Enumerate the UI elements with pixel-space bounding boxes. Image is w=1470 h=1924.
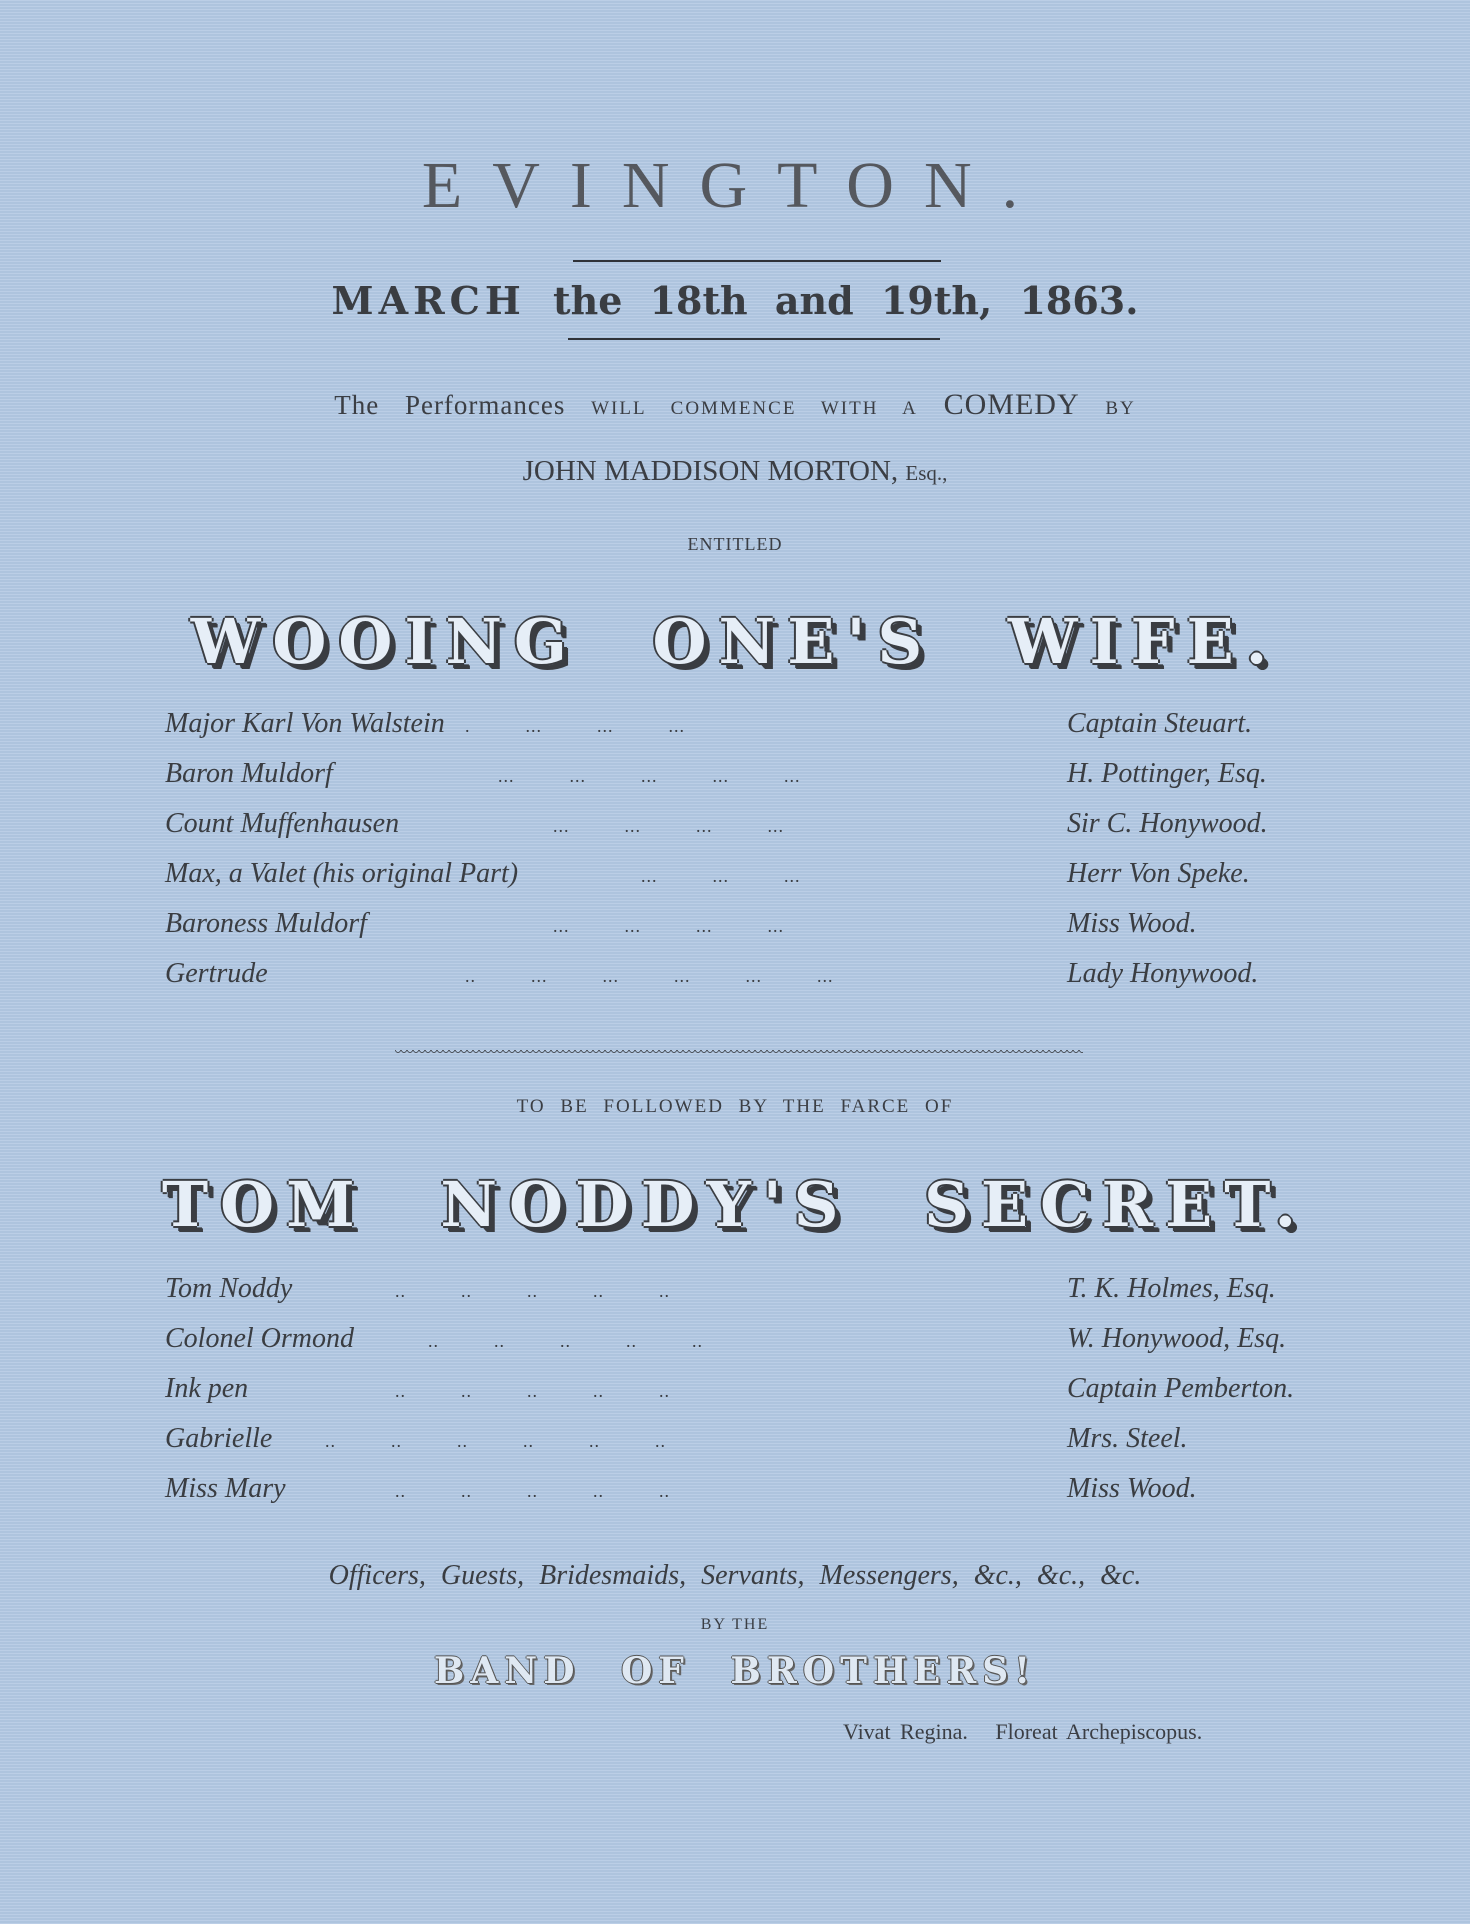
leader-dots: .. .. .. .. .. xyxy=(395,1381,1125,1402)
date-month: MARCH xyxy=(332,278,526,323)
cast-role: Baroness Muldorf xyxy=(165,908,367,940)
leader-dots: .. .. .. .. .. xyxy=(395,1331,1125,1352)
farce-title: TOM NODDY'S SECRET. xyxy=(0,1168,1470,1241)
cast-actor: Sir C. Honywood. xyxy=(1067,808,1268,840)
entitled-label: ENTITLED xyxy=(0,534,1470,555)
intro-by: by xyxy=(1105,398,1135,419)
cast-role: Tom Noddy xyxy=(165,1273,292,1305)
cast-role: Miss Mary xyxy=(165,1473,286,1505)
cast-actor: Lady Honywood. xyxy=(1067,958,1258,990)
supporting-cast: Officers, Guests, Bridesmaids, Servants,… xyxy=(0,1560,1470,1592)
wavy-divider xyxy=(395,1050,1083,1056)
cast-row: Major Karl Von Walstein . ... ... ... Ca… xyxy=(165,708,1345,748)
comedy-word: COMEDY xyxy=(944,388,1080,421)
divider-rule xyxy=(573,260,941,262)
author-line: JOHN MADDISON MORTON, Esq., xyxy=(0,455,1470,488)
cast-actor: Captain Steuart. xyxy=(1067,708,1252,740)
cast-row: Tom Noddy .. .. .. .. .. T. K. Holmes, E… xyxy=(165,1273,1345,1313)
cast-role: Gabrielle xyxy=(165,1423,272,1455)
motto-regina: Vivat Regina. xyxy=(843,1719,968,1744)
cast-row: Gertrude .. ... ... ... ... ... Lady Hon… xyxy=(165,958,1345,998)
cast-actor: Miss Wood. xyxy=(1067,1473,1197,1505)
cast-row: Colonel Ormond .. .. .. .. .. W. Honywoo… xyxy=(165,1323,1345,1363)
cast-actor: T. K. Holmes, Esq. xyxy=(1067,1273,1276,1305)
cast-role: Count Muffenhausen xyxy=(165,808,399,840)
cast-role: Ink pen xyxy=(165,1373,248,1405)
farce-intro: TO BE FOLLOWED BY THE FARCE OF xyxy=(0,1096,1470,1118)
cast-row: Miss Mary .. .. .. .. .. Miss Wood. xyxy=(165,1473,1345,1513)
intro-word: Performances xyxy=(405,390,565,420)
divider-rule xyxy=(568,338,940,340)
cast-role: Baron Muldorf xyxy=(165,758,333,790)
closing-motto: Vivat Regina. Floreat Archepiscopus. xyxy=(843,1719,1202,1745)
intro-smallcaps: will commence with a xyxy=(591,398,918,419)
cast-role: Colonel Ormond xyxy=(165,1323,354,1355)
cast-actor: H. Pottinger, Esq. xyxy=(1067,758,1267,790)
intro-line: The Performances will commence with a CO… xyxy=(0,388,1470,422)
cast-row: Baroness Muldorf ... ... ... ... Miss Wo… xyxy=(165,908,1345,948)
page-title: EVINGTON. xyxy=(0,148,1470,224)
leader-dots: .. .. .. .. .. xyxy=(395,1481,1125,1502)
cast-row: Ink pen .. .. .. .. .. Captain Pemberton… xyxy=(165,1373,1345,1413)
intro-word: The xyxy=(334,390,379,420)
cast-row: Max, a Valet (his original Part) ... ...… xyxy=(165,858,1345,898)
cast-role: Gertrude xyxy=(165,958,268,990)
by-the-label: BY THE xyxy=(0,1616,1470,1634)
leader-dots: .. .. .. .. .. .. xyxy=(325,1431,1055,1452)
cast-row: Count Muffenhausen ... ... ... ... Sir C… xyxy=(165,808,1345,848)
cast-role: Major Karl Von Walstein xyxy=(165,708,445,740)
cast-actor: Mrs. Steel. xyxy=(1067,1423,1188,1455)
cast-actor: Miss Wood. xyxy=(1067,908,1197,940)
cast-row: Baron Muldorf ... ... ... ... ... H. Pot… xyxy=(165,758,1345,798)
performance-date: MARCH the 18th and 19th, 1863. xyxy=(0,278,1470,323)
author-name: JOHN MADDISON MORTON, xyxy=(523,455,899,487)
cast-row: Gabrielle .. .. .. .. .. .. Mrs. Steel. xyxy=(165,1423,1345,1463)
comedy-title: WOOING ONE'S WIFE. xyxy=(0,605,1470,678)
cast-actor: W. Honywood, Esq. xyxy=(1067,1323,1286,1355)
date-days: the 18th and 19th, 1863. xyxy=(553,278,1138,323)
leader-dots: .. .. .. .. .. xyxy=(395,1281,1125,1302)
author-suffix: Esq., xyxy=(905,461,947,485)
motto-archepiscopus: Floreat Archepiscopus. xyxy=(995,1719,1202,1744)
company-name: BAND OF BROTHERS! xyxy=(0,1650,1470,1692)
cast-actor: Herr Von Speke. xyxy=(1067,858,1250,890)
cast-actor: Captain Pemberton. xyxy=(1067,1373,1294,1405)
